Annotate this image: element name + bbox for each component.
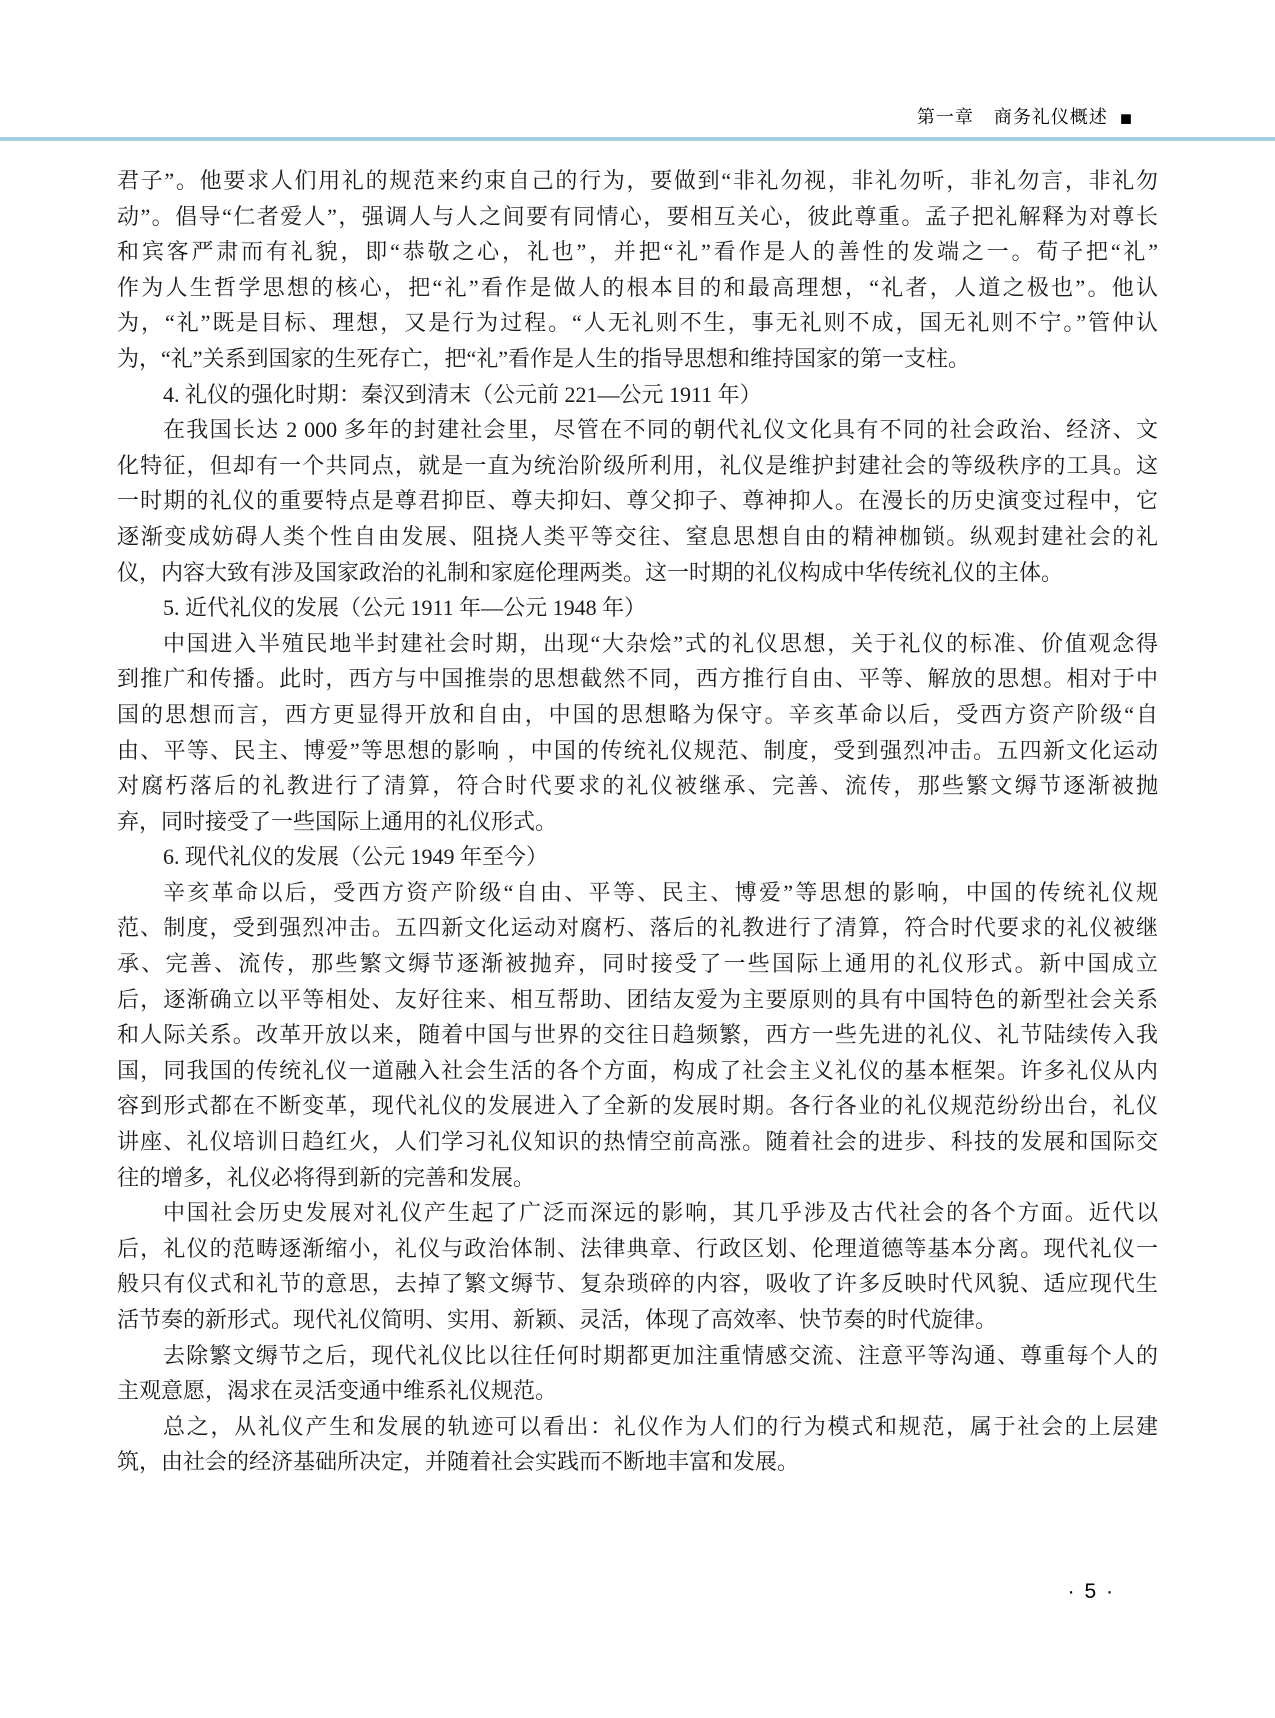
text-line: 对腐朽落后的礼教进行了清算，符合时代要求的礼仪被继承、完善、流传，那些繁文缛节逐… [117, 768, 1158, 804]
text-line: 和人际关系。改革开放以来，随着中国与世界的交往日趋频繁，西方一些先进的礼仪、礼节… [117, 1017, 1158, 1053]
running-head-title: 商务礼仪概述 [994, 107, 1108, 127]
text-line: 承、完善、流传，那些繁文缛节逐渐被抛弃，同时接受了一些国际上通用的礼仪形式。新中… [117, 946, 1158, 982]
text-line: 筑，由社会的经济基础所决定，并随着社会实践而不断地丰富和发展。 [117, 1444, 1158, 1480]
book-page: 第一章商务礼仪概述■ 君子”。他要求人们用礼的规范来约束自己的行为，要做到“非礼… [0, 0, 1275, 1718]
text-line: 后，礼仪的范畴逐渐缩小，礼仪与政治体制、法律典章、行政区划、伦理道德等基本分离。… [117, 1231, 1158, 1267]
text-line: 弃，同时接受了一些国际上通用的礼仪形式。 [117, 804, 1158, 840]
section-heading: 5. 近代礼仪的发展（公元 1911 年—公元 1948 年） [117, 590, 1158, 626]
text-line: 容到形式都在不断变革，现代礼仪的发展进入了全新的发展时期。各行各业的礼仪规范纷纷… [117, 1088, 1158, 1124]
text-line: 往的增多，礼仪必将得到新的完善和发展。 [117, 1160, 1158, 1196]
text-line: 仪，内容大致有涉及国家政治的礼制和家庭伦理两类。这一时期的礼仪构成中华传统礼仪的… [117, 555, 1158, 591]
text-line: 为，“礼”关系到国家的生死存亡，把“礼”看作是人生的指导思想和维持国家的第一支柱… [117, 341, 1158, 377]
text-line: 中国社会历史发展对礼仪产生起了广泛而深远的影响，其几乎涉及古代社会的各个方面。近… [117, 1195, 1158, 1231]
text-line: 范、制度，受到强烈冲击。五四新文化运动对腐朽、落后的礼教进行了清算，符合时代要求… [117, 910, 1158, 946]
text-line: 般只有仪式和礼节的意思，去掉了繁文缛节、复杂琐碎的内容，吸收了许多反映时代风貌、… [117, 1266, 1158, 1302]
text-line: 在我国长达 2 000 多年的封建社会里，尽管在不同的朝代礼仪文化具有不同的社会… [117, 412, 1158, 448]
section-heading: 4. 礼仪的强化时期：秦汉到清末（公元前 221—公元 1911 年） [117, 377, 1158, 413]
text-line: 辛亥革命以后，受西方资产阶级“自由、平等、民主、博爱”等思想的影响，中国的传统礼… [117, 875, 1158, 911]
text-line: 君子”。他要求人们用礼的规范来约束自己的行为，要做到“非礼勿视，非礼勿听，非礼勿… [117, 163, 1158, 199]
text-line: 和宾客严肃而有礼貌，即“恭敬之心，礼也”，并把“礼”看作是人的善性的发端之一。荀… [117, 234, 1158, 270]
text-line: 作为人生哲学思想的核心，把“礼”看作是做人的根本目的和最高理想，“礼者，人道之极… [117, 270, 1158, 306]
text-line: 由、平等、民主、博爱”等思想的影响 ，中国的传统礼仪规范、制度，受到强烈冲击。五… [117, 733, 1158, 769]
text-line: 总之，从礼仪产生和发展的轨迹可以看出：礼仪作为人们的行为模式和规范，属于社会的上… [117, 1409, 1158, 1445]
text-line: 去除繁文缛节之后，现代礼仪比以往任何时期都更加注重情感交流、注意平等沟通、尊重每… [117, 1338, 1158, 1374]
text-line: 活节奏的新形式。现代礼仪简明、实用、新颖、灵活，体现了高效率、快节奏的时代旋律。 [117, 1302, 1158, 1338]
text-line: 逐渐变成妨碍人类个性自由发展、阻挠人类平等交往、窒息思想自由的精神枷锁。纵观封建… [117, 519, 1158, 555]
text-line: 为，“礼”既是目标、理想，又是行为过程。“人无礼则不生，事无礼则不成，国无礼则不… [117, 305, 1158, 341]
text-line: 讲座、礼仪培训日趋红火，人们学习礼仪知识的热情空前高涨。随着社会的进步、科技的发… [117, 1124, 1158, 1160]
text-line: 主观意愿，渴求在灵活变通中维系礼仪规范。 [117, 1373, 1158, 1409]
chapter-square-icon: ■ [1120, 110, 1133, 128]
running-head-chapter: 第一章 [917, 107, 974, 127]
text-line: 一时期的礼仪的重要特点是尊君抑臣、尊夫抑妇、尊父抑子、尊神抑人。在漫长的历史演变… [117, 483, 1158, 519]
body-text: 君子”。他要求人们用礼的规范来约束自己的行为，要做到“非礼勿视，非礼勿听，非礼勿… [117, 163, 1158, 1480]
text-line: 后，逐渐确立以平等相处、友好往来、相互帮助、团结友爱为主要原则的具有中国特色的新… [117, 982, 1158, 1018]
section-heading: 6. 现代礼仪的发展（公元 1949 年至今） [117, 839, 1158, 875]
text-line: 动”。倡导“仁者爱人”，强调人与人之间要有同情心，要相互关心，彼此尊重。孟子把礼… [117, 199, 1158, 235]
running-head: 第一章商务礼仪概述■ [917, 103, 1133, 129]
text-line: 中国进入半殖民地半封建社会时期，出现“大杂烩”式的礼仪思想，关于礼仪的标准、价值… [117, 626, 1158, 662]
text-line: 国的思想而言，西方更显得开放和自由，中国的思想略为保守。辛亥革命以后，受西方资产… [117, 697, 1158, 733]
text-line: 国，同我国的传统礼仪一道融入社会生活的各个方面，构成了社会主义礼仪的基本框架。许… [117, 1053, 1158, 1089]
header-rule [0, 137, 1275, 141]
page-number: · 5 · [1068, 1580, 1115, 1604]
text-line: 化特征，但却有一个共同点，就是一直为统治阶级所利用，礼仪是维护封建社会的等级秩序… [117, 448, 1158, 484]
text-line: 到推广和传播。此时，西方与中国推崇的思想截然不同，西方推行自由、平等、解放的思想… [117, 661, 1158, 697]
